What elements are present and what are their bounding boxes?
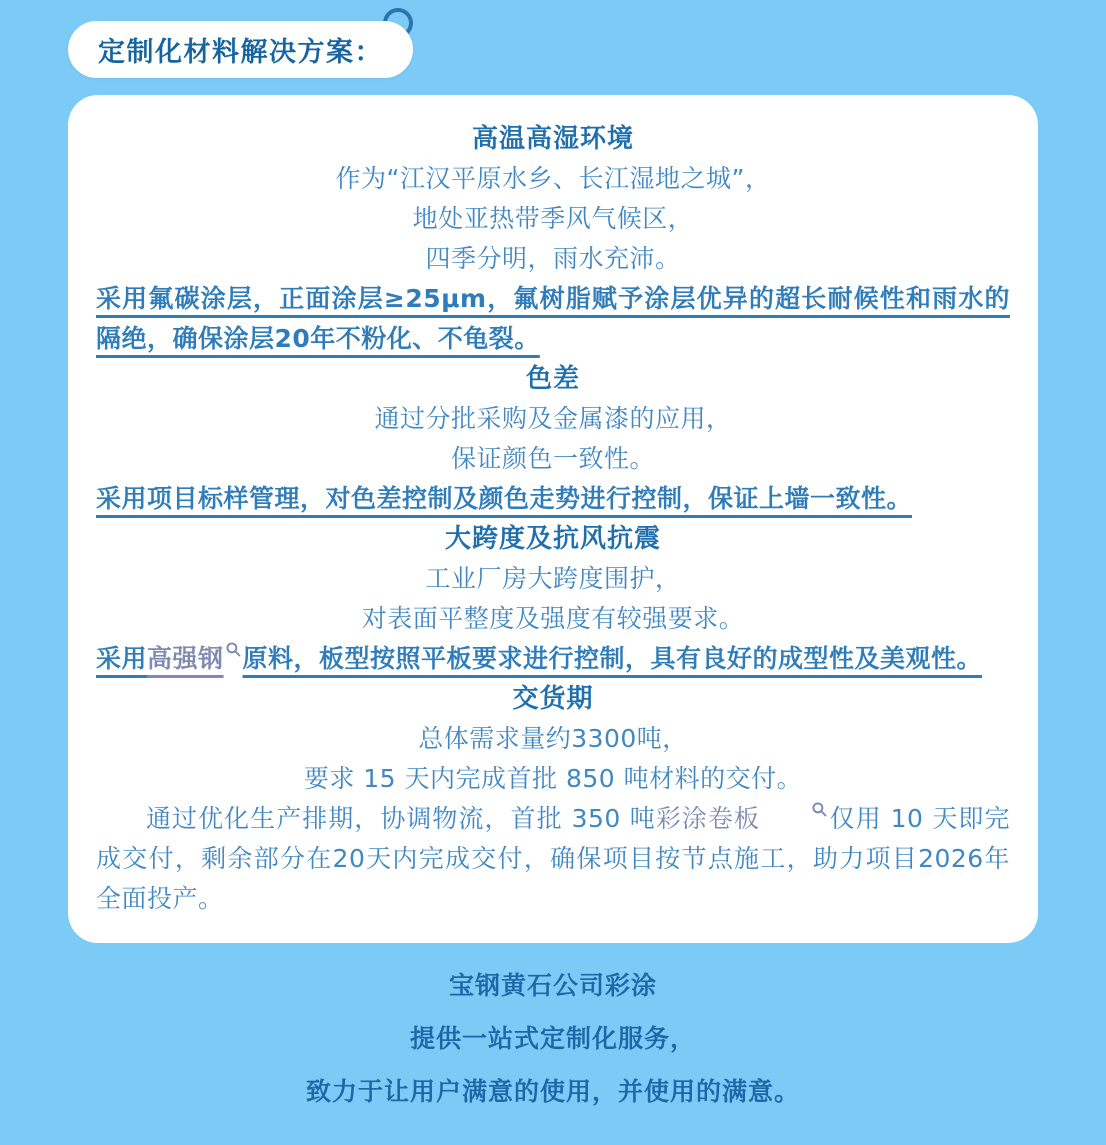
solution-statement: 采用氟碳涂层，正面涂层≥25μm，氟树脂赋予涂层优异的超长耐候性和雨水的隔绝，确… — [96, 279, 1010, 359]
solution-text: 采用 — [96, 644, 147, 673]
solution-statement: 采用项目标样管理，对色差控制及颜色走势进行控制，保证上墙一致性。 — [96, 479, 1010, 519]
section-heading-span-wind-seismic: 大跨度及抗风抗震 — [96, 519, 1010, 559]
delivery-paragraph: 通过优化生产排期，协调物流，首批 350 吨彩涂卷板仅用 10 天即完成交付，剩… — [96, 799, 1010, 919]
footer-line-service: 提供一站式定制化服务， — [0, 1012, 1106, 1065]
solutions-card: 高温高湿环境 作为“江汉平原水乡、长江湿地之城”， 地处亚热带季风气候区， 四季… — [68, 95, 1038, 943]
context-line: 对表面平整度及强度有较强要求。 — [96, 599, 1010, 639]
solution-text: 采用氟碳涂层，正面涂层≥25μm，氟树脂赋予涂层优异的超长耐候性和雨水的隔绝，确… — [96, 284, 1010, 353]
section-heading-delivery: 交货期 — [96, 679, 1010, 719]
context-line: 四季分明，雨水充沛。 — [96, 239, 1010, 279]
section-heading-color-difference: 色差 — [96, 359, 1010, 399]
context-line: 通过分批采购及金属漆的应用， — [96, 399, 1010, 439]
context-line: 总体需求量约3300吨， — [96, 719, 1010, 759]
solution-text: 原料，板型按照平板要求进行控制，具有良好的成型性及美观性。 — [243, 644, 983, 673]
context-line: 保证颜色一致性。 — [96, 439, 1010, 479]
title-badge: 定制化材料解决方案： — [68, 21, 413, 78]
search-icon[interactable] — [761, 801, 827, 817]
footer-line-company: 宝钢黄石公司彩涂 — [0, 959, 1106, 1012]
solution-text: 采用项目标样管理，对色差控制及颜色走势进行控制，保证上墙一致性。 — [96, 484, 912, 513]
section-heading-environment: 高温高湿环境 — [96, 119, 1010, 159]
keyword-link-high-strength-steel[interactable]: 高强钢 — [147, 644, 224, 673]
context-line: 要求 15 天内完成首批 850 吨材料的交付。 — [96, 759, 1010, 799]
context-line: 作为“江汉平原水乡、长江湿地之城”， — [96, 159, 1010, 199]
search-icon[interactable] — [225, 641, 241, 657]
paragraph-text: 通过优化生产排期，协调物流，首批 350 吨 — [146, 804, 656, 833]
footer-tagline: 宝钢黄石公司彩涂 提供一站式定制化服务， 致力于让用户满意的使用，并使用的满意。 — [0, 959, 1106, 1118]
keyword-link-color-coated-coil[interactable]: 彩涂卷板 — [656, 804, 760, 833]
solution-statement: 采用高强钢原料，板型按照平板要求进行控制，具有良好的成型性及美观性。 — [96, 639, 1010, 679]
footer-line-slogan: 致力于让用户满意的使用，并使用的满意。 — [0, 1065, 1106, 1118]
context-line: 工业厂房大跨度围护， — [96, 559, 1010, 599]
page-title: 定制化材料解决方案： — [98, 30, 383, 69]
context-line: 地处亚热带季风气候区， — [96, 199, 1010, 239]
